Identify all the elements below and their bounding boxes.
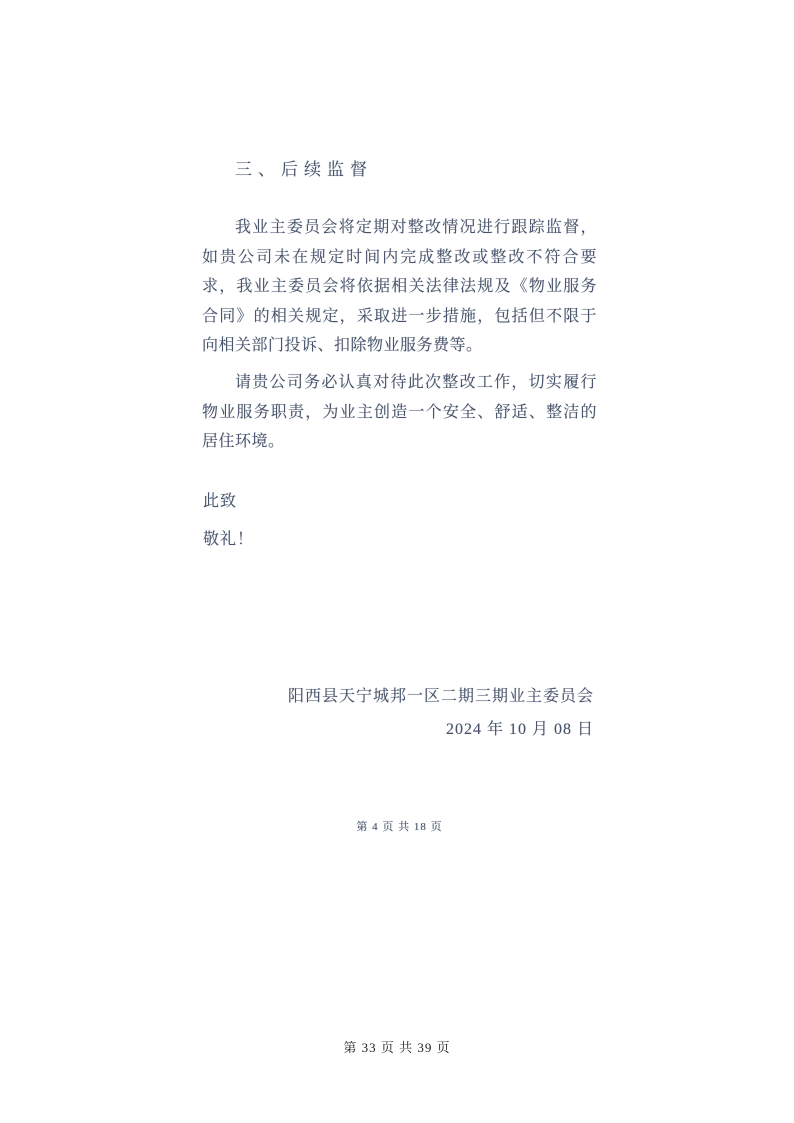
signature-date: 2024 年 10 月 08 日 xyxy=(202,719,595,741)
paragraph-followup-supervision: 我业主委员会将定期对整改情况进行跟踪监督，如贵公司未在规定时间内完成整改或整改不… xyxy=(202,213,597,361)
scan-page-number: 第 4 页 共 18 页 xyxy=(202,819,597,835)
section-heading: 三、后续监督 xyxy=(235,155,373,180)
closing-regards: 敬礼！ xyxy=(203,530,254,550)
document-page: 三、后续监督 我业主委员会将定期对整改情况进行跟踪监督，如贵公司未在规定时间内完… xyxy=(0,0,794,1123)
paragraph-rectification-request: 请贵公司务必认真对待此次整改工作，切实履行物业服务职责，为业主创造一个安全、舒适… xyxy=(202,368,597,457)
pdf-page-number: 第 33 页 共 39 页 xyxy=(0,1039,794,1057)
closing-salute: 此致 xyxy=(203,492,237,512)
signature-committee: 阳西县天宁城邦一区二期三期业主委员会 xyxy=(202,686,594,708)
